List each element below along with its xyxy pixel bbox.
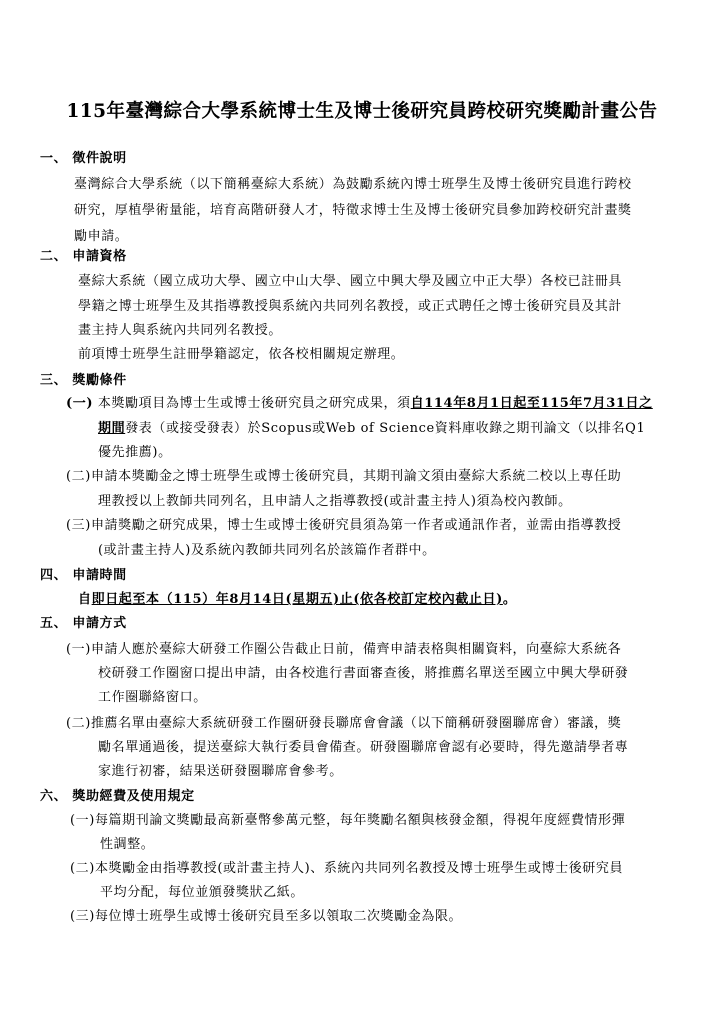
item-label: (二): [70, 861, 95, 876]
section-4-line: 自即日起至本（115）年8月14日(星期五)止(依各校訂定校內截止日)。: [78, 591, 517, 609]
section-title: 申請方式: [72, 616, 126, 631]
section-5-item-2-line: 勵名單通過後，提送臺綜大執行委員會備查。研發圈聯席會認有必要時，得先邀請學者專: [98, 739, 628, 757]
date-range-highlight: 自114年8月1日起至115年7月31日之: [411, 396, 653, 411]
section-1-line: 臺灣綜合大學系統（以下簡稱臺綜大系統）為鼓勵系統內博士班學生及博士後研究員進行跨…: [74, 176, 632, 194]
section-number: 二、: [40, 249, 67, 264]
section-1-line: 研究，厚植學術量能，培育高階研發人才，特徵求博士生及博士後研究員參加跨校研究計畫…: [74, 202, 632, 220]
section-2-line: 畫主持人與系統內共同列名教授。: [78, 322, 282, 340]
section-3-item-2-line: (二)申請本獎勵金之博士班學生或博士後研究員，其期刊論文須由臺綜大系統二校以上專…: [66, 468, 621, 486]
section-2-line: 學籍之博士班學生及其指導教授與系統內共同列名教授，或正式聘任之博士後研究員及其計: [78, 298, 622, 316]
item-label: (一): [66, 642, 91, 657]
section-3-item-2-line: 理教授以上教師共同列名，且申請人之指導教授(或計畫主持人)須為校內教師。: [98, 493, 572, 511]
item-text: 申請人應於臺綜大研發工作圈公告截止日前，備齊申請表格與相關資料，向臺綜大系統各: [91, 642, 621, 657]
item-label: (二): [66, 469, 91, 484]
item-text: 申請本獎勵金之博士班學生或博士後研究員，其期刊論文須由臺綜大系統二校以上專任助: [91, 469, 621, 484]
item-text: 自: [78, 592, 92, 607]
section-5-item-1-line: 工作圈聯絡窗口。: [98, 689, 207, 707]
section-1-heading: 一、 徵件說明: [40, 150, 127, 168]
item-label: (二): [66, 716, 91, 731]
section-3-item-3-line: (三)申請獎勵之研究成果，博士生或博士後研究員須為第一作者或通訊作者，並需由指導…: [66, 517, 621, 535]
section-3-item-1-line: 期間發表（或接受發表）於Scopus或Web of Science資料庫收錄之期…: [98, 420, 645, 438]
item-label: (三): [70, 909, 95, 924]
section-3-item-1-line: 優先推薦)。: [98, 444, 172, 462]
item-label: (一): [66, 396, 93, 411]
section-3-heading: 三、 獎勵條件: [40, 372, 127, 390]
section-number: 五、: [40, 616, 67, 631]
section-6-item-2-line: (二)本獎勵金由指導教授(或計畫主持人)、系統內共同列名教授及博士班學生或博士後…: [70, 860, 623, 878]
section-number: 四、: [40, 568, 67, 583]
section-2-line: 臺綜大系統（國立成功大學、國立中山大學、國立中興大學及國立中正大學）各校已註冊具: [78, 273, 622, 291]
section-5-item-1-line: (一)申請人應於臺綜大研發工作圈公告截止日前，備齊申請表格與相關資料，向臺綜大系…: [66, 641, 621, 659]
section-3-item-3-line: (或計畫主持人)及系統內教師共同列名於該篇作者群中。: [98, 542, 436, 560]
section-5-heading: 五、 申請方式: [40, 615, 127, 633]
section-2-heading: 二、 申請資格: [40, 248, 127, 266]
section-number: 三、: [40, 373, 67, 388]
item-label: (一): [70, 813, 95, 828]
item-label: (三): [66, 518, 91, 533]
section-title: 徵件說明: [72, 151, 126, 166]
section-number: 六、: [40, 789, 67, 804]
section-3-item-1-line: (一) 本獎勵項目為博士生或博士後研究員之研究成果，須自114年8月1日起至11…: [66, 395, 653, 413]
section-title: 獎助經費及使用規定: [72, 789, 194, 804]
section-1-line: 勵申請。: [74, 228, 128, 246]
period-highlight: 期間: [98, 421, 125, 436]
item-text: 申請獎勵之研究成果，博士生或博士後研究員須為第一作者或通訊作者，並需由指導教授: [91, 518, 621, 533]
item-text: 。: [503, 592, 517, 607]
section-5-item-2-line: (二)推薦名單由臺綜大系統研發工作圈研發長聯席會會議（以下簡稱研發圈聯席會）審議…: [66, 715, 621, 733]
item-text: 每位博士班學生或博士後研究員至多以領取二次獎勵金為限。: [95, 909, 462, 924]
item-text: 每篇期刊論文獎勵最高新臺幣參萬元整，每年獎勵名額與核發金額，得視年度經費情形彈: [95, 813, 625, 828]
section-6-item-3-line: (三)每位博士班學生或博士後研究員至多以領取二次獎勵金為限。: [70, 908, 462, 926]
section-title: 獎勵條件: [72, 373, 126, 388]
section-2-line: 前項博士班學生註冊學籍認定，依各校相關規定辦理。: [78, 346, 404, 364]
section-6-item-1-line: (一)每篇期刊論文獎勵最高新臺幣參萬元整，每年獎勵名額與核發金額，得視年度經費情…: [70, 812, 625, 830]
item-text: 本獎勵項目為博士生或博士後研究員之研究成果，須: [98, 396, 411, 411]
section-number: 一、: [40, 151, 67, 166]
section-5-item-1-line: 校研發工作圈窗口提出申請，由各校進行書面審查後，將推薦名單送至國立中興大學研發: [98, 665, 628, 683]
document-title: 115年臺灣綜合大學系統博士生及博士後研究員跨校研究獎勵計畫公告: [0, 97, 724, 123]
item-text: 發表（或接受發表）於Scopus或Web of Science資料庫收錄之期刊論…: [125, 421, 645, 436]
section-6-item-2-line: 平均分配，每位並頒發獎狀乙紙。: [100, 884, 304, 902]
section-4-heading: 四、 申請時間: [40, 567, 127, 585]
section-6-heading: 六、 獎助經費及使用規定: [40, 788, 195, 806]
item-text: 本獎勵金由指導教授(或計畫主持人)、系統內共同列名教授及博士班學生或博士後研究員: [95, 861, 623, 876]
section-6-item-1-line: 性調整。: [100, 836, 154, 854]
item-text: 推薦名單由臺綜大系統研發工作圈研發長聯席會會議（以下簡稱研發圈聯席會）審議，獎: [91, 716, 621, 731]
section-title: 申請資格: [72, 249, 126, 264]
section-title: 申請時間: [72, 568, 126, 583]
section-5-item-2-line: 家進行初審，結果送研發圈聯席會參考。: [98, 763, 343, 781]
deadline-highlight: 即日起至本（115）年8月14日(星期五)止(依各校訂定校內截止日): [92, 592, 503, 607]
